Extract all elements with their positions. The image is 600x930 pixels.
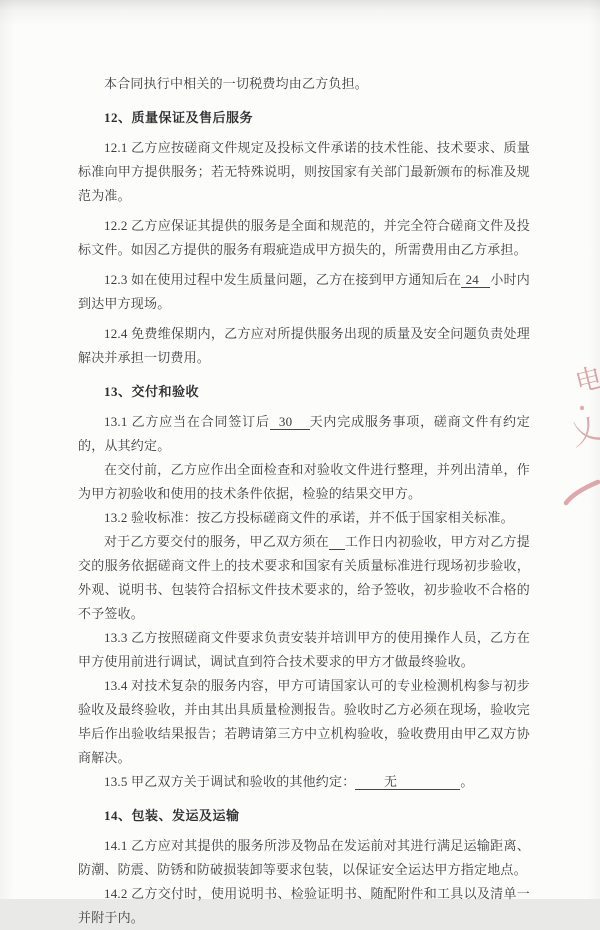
section-heading: 13、交付和验收 [78,380,530,404]
stamp-arc [566,482,598,503]
text-run: 12.3 如在使用过程中发生质量问题，乙方在接到甲方通知后在 [104,272,461,287]
paragraph: 14.2 乙方交付时，使用说明书、检验证明书、随配附件和工具以及清单一并附于内。 [78,882,530,899]
paragraph: 14.1 乙方应对其提供的服务所涉及物品在发运前对其进行满足运输距离、防潮、防震… [78,834,530,882]
section-heading: 14、包装、发运及运输 [78,804,530,828]
paragraph: 12.3 如在使用过程中发生质量问题，乙方在接到甲方通知后在 24 小时内到达甲… [78,268,530,316]
paragraph: 在交付前，乙方应作出全面检查和对验收文件进行整理，并列出清单，作为甲方初验收和使… [78,458,530,506]
paragraph: 对于乙方要交付的服务，甲乙双方须在 工作日内初验收，甲方对乙方提交的服务依据磋商… [78,530,530,626]
text-run: 14、包装、发运及运输 [104,808,240,823]
red-seal-stamp: 电 乂 [544,340,600,570]
underline-blank [329,534,345,550]
text-run: 14.1 乙方应对其提供的服务所涉及物品在发运前对其进行满足运输距离、防潮、防震… [78,838,530,877]
scan-shadow [0,0,600,26]
section-heading: 12、质量保证及售后服务 [78,106,530,130]
underline-blank: 无 [355,774,460,790]
text-run: 12.2 乙方应保证其提供的服务是全面和规范的，并完全符合磋商文件及投标文件。如… [78,218,530,257]
paragraph: 12.1 乙方应按磋商文件规定及投标文件承诺的技术性能、技术要求、质量标准向甲方… [78,136,530,208]
paragraph: 13.2 验收标准：按乙方投标磋商文件的承诺，并不低于国家相关标准。 [78,506,530,530]
paragraph: 13.5 甲乙双方关于调试和验收的其他约定： 无 。 [78,770,530,794]
stamp-dot [580,406,584,410]
paragraph: 本合同执行中相关的一切税费均由乙方负担。 [78,72,530,96]
text-run: 在交付前，乙方应作出全面检查和对验收文件进行整理，并列出清单，作为甲方初验收和使… [78,462,530,501]
text-run: 14.2 乙方交付时，使用说明书、检验证明书、随配附件和工具以及清单一并附于内。 [78,886,530,899]
text-run: 12.1 乙方应按磋商文件规定及投标文件承诺的技术性能、技术要求、质量标准向甲方… [78,140,530,203]
contract-page: 本合同执行中相关的一切税费均由乙方负担。12、质量保证及售后服务12.1 乙方应… [0,0,600,899]
text-run: 对于乙方要交付的服务，甲乙双方须在 [104,534,329,549]
text-run: 13.4 对技术复杂的服务内容，甲方可请国家认可的专业检测机构参与初步验收及最终… [78,678,530,765]
paragraph: 12.4 免费维保期内，乙方应对所提供服务出现的质量及安全问题负责处理解决并承担… [78,322,530,370]
text-run: 13.1 乙方应当在合同签订后 [104,414,270,429]
stamp-character-mid: 乂 [566,412,600,453]
text-run: 13.5 甲乙双方关于调试和验收的其他约定： [104,774,355,789]
text-run: 12、质量保证及售后服务 [104,110,253,125]
paragraph: 13.4 对技术复杂的服务内容，甲方可请国家认可的专业检测机构参与初步验收及最终… [78,674,530,770]
text-run: 。 [460,774,473,789]
paragraph: 12.2 乙方应保证其提供的服务是全面和规范的，并完全符合磋商文件及投标文件。如… [78,214,530,262]
contract-text: 本合同执行中相关的一切税费均由乙方负担。12、质量保证及售后服务12.1 乙方应… [78,66,530,899]
paragraph: 13.1 乙方应当在合同签订后 30 天内完成服务事项，磋商文件有约定的，从其约… [78,410,530,458]
text-run: 12.4 免费维保期内，乙方应对所提供服务出现的质量及安全问题负责处理解决并承担… [78,326,530,365]
text-run: 13、交付和验收 [104,384,199,399]
paragraph: 13.3 乙方按照磋商文件要求负责安装并培训甲方的使用操作人员，乙方在甲方使用前… [78,626,530,674]
text-run: 13.3 乙方按照磋商文件要求负责安装并培训甲方的使用操作人员，乙方在甲方使用前… [78,630,530,669]
underline-blank: 24 [461,272,490,288]
stamp-character-top: 电 [572,362,600,398]
underline-blank: 30 [270,414,310,430]
text-run: 13.2 验收标准：按乙方投标磋商文件的承诺，并不低于国家相关标准。 [104,510,514,525]
text-run: 本合同执行中相关的一切税费均由乙方负担。 [104,76,368,91]
